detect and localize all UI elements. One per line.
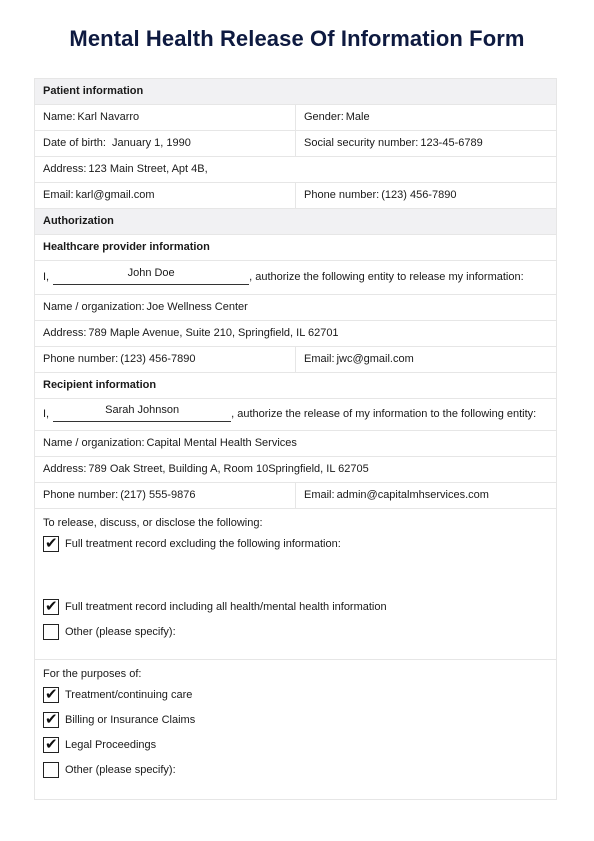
patient-dob-value: January 1, 1990 xyxy=(112,137,191,150)
provider-org-field[interactable]: Name / organization: Joe Wellness Center xyxy=(35,295,556,320)
provider-address-label: Address: xyxy=(43,327,86,340)
recipient-email-field[interactable]: Email: admin@capitalmhservices.com xyxy=(296,483,556,508)
patient-ssn-field[interactable]: Social security number: 123-45-6789 xyxy=(296,131,556,156)
patient-phone-label: Phone number: xyxy=(304,189,379,202)
recipient-address-field[interactable]: Address: 789 Oak Street, Building A, Roo… xyxy=(35,457,556,482)
provider-email-field[interactable]: Email: jwc@gmail.com xyxy=(296,347,556,372)
provider-phone-value: (123) 456-7890 xyxy=(120,353,195,366)
release-option-label: Full treatment record including all heal… xyxy=(65,601,387,613)
recipient-row-org: Name / organization: Capital Mental Heal… xyxy=(35,430,556,456)
patient-ssn-value: 123-45-6789 xyxy=(420,137,482,150)
provider-email-label: Email: xyxy=(304,353,335,366)
provider-phone-field[interactable]: Phone number: (123) 456-7890 xyxy=(35,347,296,372)
patient-section-title: Patient information xyxy=(35,79,556,104)
recipient-row-contact: Phone number: (217) 555-9876 Email: admi… xyxy=(35,482,556,508)
provider-statement: I, John Doe , authorize the following en… xyxy=(35,261,556,294)
purposes-heading: For the purposes of: xyxy=(43,666,548,682)
recipient-i-prefix: I, xyxy=(43,408,49,421)
patient-dob-label: Date of birth: xyxy=(43,137,106,150)
patient-dob-field[interactable]: Date of birth: January 1, 1990 xyxy=(35,131,296,156)
checkbox[interactable] xyxy=(43,762,59,778)
provider-org-value: Joe Wellness Center xyxy=(147,301,248,314)
provider-row-org: Name / organization: Joe Wellness Center xyxy=(35,294,556,320)
release-option[interactable]: ✔ Full treatment record including all he… xyxy=(43,594,548,619)
provider-heading: Healthcare provider information xyxy=(35,235,556,260)
patient-gender-value: Male xyxy=(346,111,370,124)
recipient-address-value: 789 Oak Street, Building A, Room 10Sprin… xyxy=(88,463,368,476)
provider-subheader: Healthcare provider information xyxy=(35,234,556,260)
release-section: To release, discuss, or disclose the fol… xyxy=(35,508,556,659)
recipient-phone-label: Phone number: xyxy=(43,489,118,502)
recipient-statement: I, Sarah Johnson , authorize the release… xyxy=(35,399,556,430)
provider-signer-value: John Doe xyxy=(128,267,175,279)
release-option[interactable]: Other (please specify): xyxy=(43,619,548,644)
recipient-subheader: Recipient information xyxy=(35,372,556,398)
patient-name-value: Karl Navarro xyxy=(77,111,139,124)
provider-address-field[interactable]: Address: 789 Maple Avenue, Suite 210, Sp… xyxy=(35,321,556,346)
patient-email-value: karl@gmail.com xyxy=(76,189,155,202)
checkmark-icon: ✔ xyxy=(45,534,58,552)
patient-section-header: Patient information xyxy=(35,78,556,104)
patient-address-field[interactable]: Address: 123 Main Street, Apt 4B, xyxy=(35,157,556,182)
provider-statement-text: , authorize the following entity to rele… xyxy=(249,271,524,284)
authorization-section-title: Authorization xyxy=(35,209,556,234)
patient-phone-field[interactable]: Phone number: (123) 456-7890 xyxy=(296,183,556,208)
patient-row-name: Name: Karl Navarro Gender: Male xyxy=(35,104,556,130)
patient-name-field[interactable]: Name: Karl Navarro xyxy=(35,105,296,130)
recipient-address-label: Address: xyxy=(43,463,86,476)
checkbox[interactable]: ✔ xyxy=(43,712,59,728)
purpose-option[interactable]: ✔ Treatment/continuing care xyxy=(43,682,548,707)
recipient-org-field[interactable]: Name / organization: Capital Mental Heal… xyxy=(35,431,556,456)
checkbox[interactable]: ✔ xyxy=(43,599,59,615)
provider-org-label: Name / organization: xyxy=(43,301,145,314)
release-form: Patient information Name: Karl Navarro G… xyxy=(34,78,557,800)
patient-row-dob: Date of birth: January 1, 1990 Social se… xyxy=(35,130,556,156)
patient-email-label: Email: xyxy=(43,189,74,202)
purpose-option-label: Billing or Insurance Claims xyxy=(65,714,195,726)
purpose-option-label: Treatment/continuing care xyxy=(65,689,192,701)
provider-row-address: Address: 789 Maple Avenue, Suite 210, Sp… xyxy=(35,320,556,346)
recipient-email-label: Email: xyxy=(304,489,335,502)
provider-i-prefix: I, xyxy=(43,271,49,284)
patient-name-label: Name: xyxy=(43,111,75,124)
recipient-signer-value: Sarah Johnson xyxy=(105,404,179,416)
checkmark-icon: ✔ xyxy=(45,735,58,753)
release-option-label: Full treatment record excluding the foll… xyxy=(65,538,341,550)
checkbox[interactable]: ✔ xyxy=(43,536,59,552)
patient-gender-field[interactable]: Gender: Male xyxy=(296,105,556,130)
checkbox[interactable] xyxy=(43,624,59,640)
purpose-option-label: Other (please specify): xyxy=(65,764,176,776)
recipient-phone-field[interactable]: Phone number: (217) 555-9876 xyxy=(35,483,296,508)
patient-row-address: Address: 123 Main Street, Apt 4B, xyxy=(35,156,556,182)
purpose-option[interactable]: ✔ Legal Proceedings xyxy=(43,732,548,757)
purpose-option[interactable]: Other (please specify): xyxy=(43,757,548,782)
patient-gender-label: Gender: xyxy=(304,111,344,124)
recipient-statement-row: I, Sarah Johnson , authorize the release… xyxy=(35,398,556,430)
provider-statement-row: I, John Doe , authorize the following en… xyxy=(35,260,556,294)
patient-email-field[interactable]: Email: karl@gmail.com xyxy=(35,183,296,208)
recipient-signer-field[interactable]: Sarah Johnson xyxy=(53,408,231,422)
purpose-option-label: Legal Proceedings xyxy=(65,739,156,751)
release-option[interactable]: ✔ Full treatment record excluding the fo… xyxy=(43,531,548,556)
recipient-statement-text: , authorize the release of my informatio… xyxy=(231,408,536,421)
checkbox[interactable]: ✔ xyxy=(43,687,59,703)
excluded-info-space[interactable] xyxy=(43,556,548,594)
form-title: Mental Health Release Of Information For… xyxy=(0,26,594,52)
recipient-org-label: Name / organization: xyxy=(43,437,145,450)
recipient-org-value: Capital Mental Health Services xyxy=(147,437,297,450)
authorization-section-header: Authorization xyxy=(35,208,556,234)
patient-ssn-label: Social security number: xyxy=(304,137,418,150)
checkmark-icon: ✔ xyxy=(45,710,58,728)
provider-phone-label: Phone number: xyxy=(43,353,118,366)
checkmark-icon: ✔ xyxy=(45,597,58,615)
purpose-option[interactable]: ✔ Billing or Insurance Claims xyxy=(43,707,548,732)
provider-address-value: 789 Maple Avenue, Suite 210, Springfield… xyxy=(88,327,338,340)
provider-signer-field[interactable]: John Doe xyxy=(53,271,249,285)
recipient-heading: Recipient information xyxy=(35,373,556,398)
patient-address-value: 123 Main Street, Apt 4B, xyxy=(88,163,207,176)
release-heading: To release, discuss, or disclose the fol… xyxy=(43,515,548,531)
recipient-email-value: admin@capitalmhservices.com xyxy=(337,489,489,502)
patient-phone-value: (123) 456-7890 xyxy=(381,189,456,202)
release-option-label: Other (please specify): xyxy=(65,626,176,638)
provider-email-value: jwc@gmail.com xyxy=(337,353,414,366)
checkbox[interactable]: ✔ xyxy=(43,737,59,753)
recipient-phone-value: (217) 555-9876 xyxy=(120,489,195,502)
patient-row-contact: Email: karl@gmail.com Phone number: (123… xyxy=(35,182,556,208)
checkmark-icon: ✔ xyxy=(45,685,58,703)
provider-row-contact: Phone number: (123) 456-7890 Email: jwc@… xyxy=(35,346,556,372)
recipient-row-address: Address: 789 Oak Street, Building A, Roo… xyxy=(35,456,556,482)
patient-address-label: Address: xyxy=(43,163,86,176)
purposes-section: For the purposes of: ✔ Treatment/continu… xyxy=(35,659,556,799)
